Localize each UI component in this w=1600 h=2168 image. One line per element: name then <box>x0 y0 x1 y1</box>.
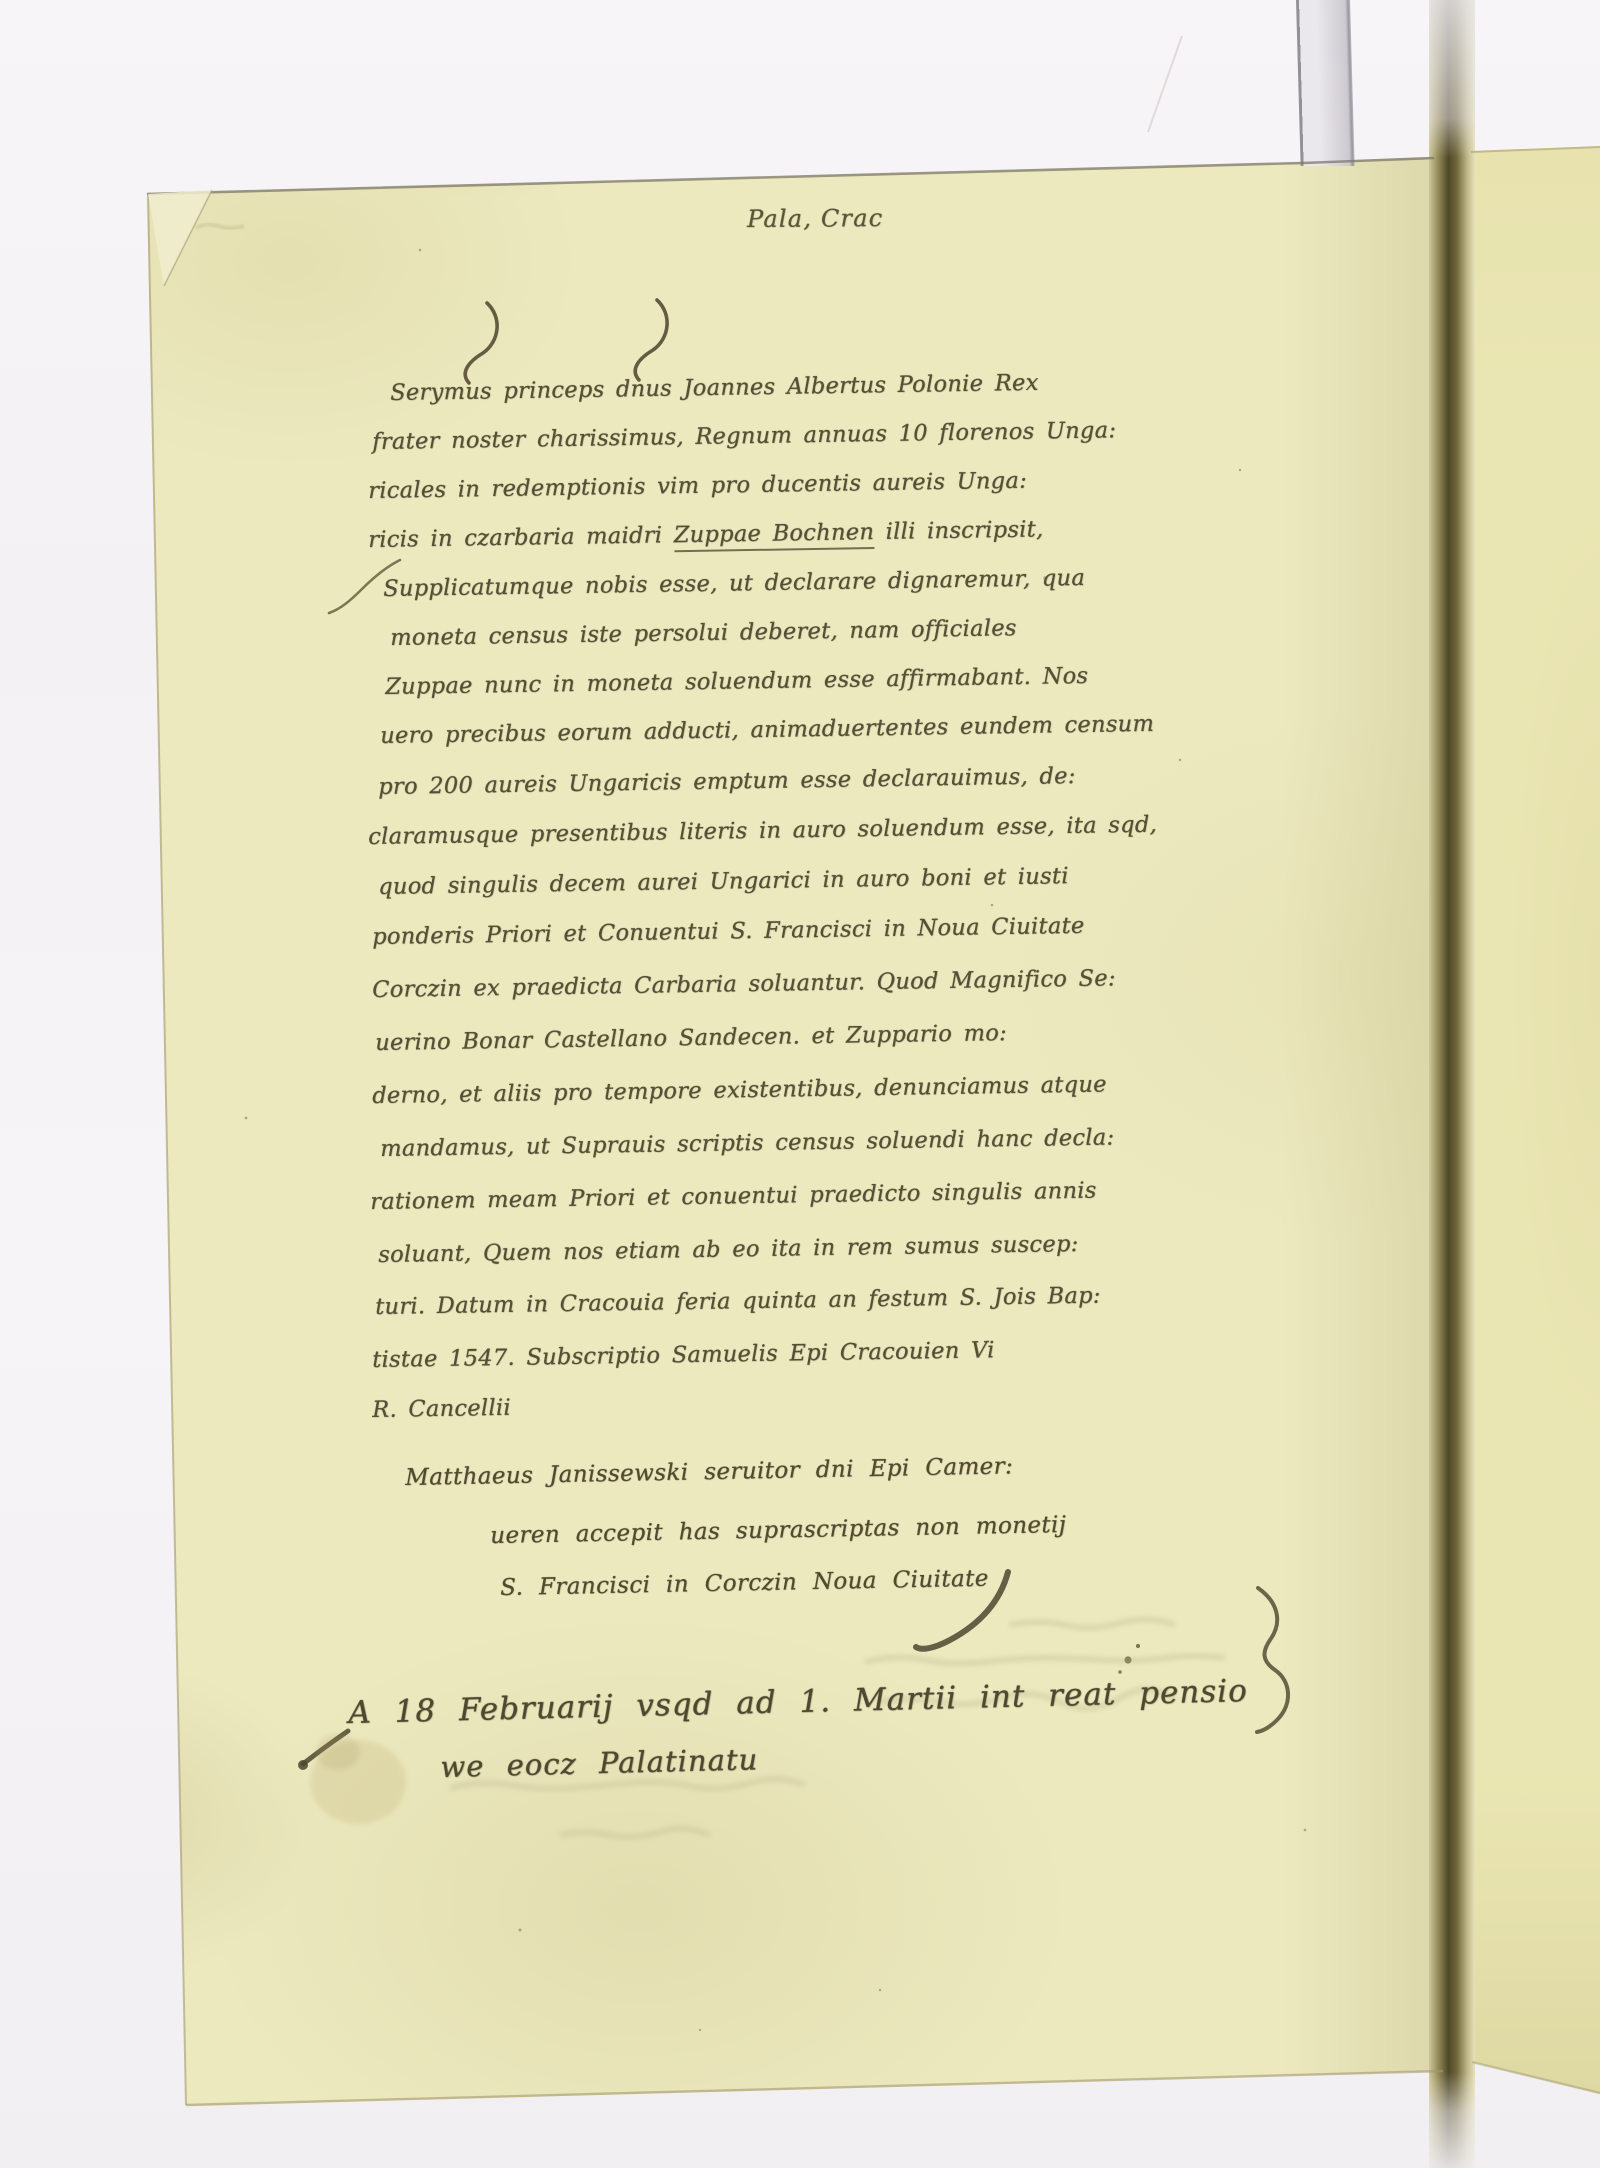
manuscript-line: ricales in redemptionis vim pro ducentis… <box>368 466 1027 506</box>
handwritten-text-layer: Pala, Crac Serymus princeps dnus Joannes… <box>0 0 1600 2168</box>
manuscript-line: uero precibus eorum adducti, animaduerte… <box>380 709 1154 751</box>
manuscript-line: moneta census iste persolui deberet, nam… <box>390 613 1017 653</box>
manuscript-line: frater noster charissimus, Regnum annuas… <box>372 415 1116 457</box>
manuscript-line: mandamus, ut Suprauis scriptis census so… <box>380 1122 1115 1164</box>
manuscript-line: ponderis Priori et Conuentui S. Francisc… <box>372 911 1085 952</box>
page-heading: Pala, Crac <box>747 204 883 233</box>
manuscript-scan: Pala, Crac Serymus princeps dnus Joannes… <box>0 0 1600 2168</box>
manuscript-line: Supplicatumque nobis esse, ut declarare … <box>383 563 1085 604</box>
manuscript-line: Zuppae nunc in moneta soluendum esse aff… <box>385 661 1089 702</box>
manuscript-line: soluant, Quem nos etiam ab eo ita in rem… <box>378 1229 1079 1270</box>
manuscript-line: Serymus princeps dnus Joannes Albertus P… <box>390 368 1039 408</box>
manuscript-line: rationem meam Priori et conuentui praedi… <box>370 1176 1097 1217</box>
manuscript-line: turi. Datum in Cracouia feria quinta an … <box>375 1281 1101 1322</box>
signature-line: ueren accepit has suprascriptas non mone… <box>490 1512 1067 1549</box>
underlined-segment: Zuppae Bochnen <box>674 519 875 552</box>
signature-line: Matthaeus Janissewski seruitor dni Epi C… <box>405 1453 1013 1491</box>
manuscript-line: R. Cancellii <box>372 1393 511 1425</box>
manuscript-line: pro 200 aureis Ungaricis emptum esse dec… <box>378 761 1076 802</box>
line-segment: ricis in czarbaria maidri <box>368 522 674 553</box>
manuscript-line: claramusque presentibus literis in auro … <box>368 810 1157 852</box>
manuscript-line: uerino Bonar Castellano Sandecen. et Zup… <box>375 1018 1007 1058</box>
marginal-note-line: we eocz Palatinatu <box>440 1742 759 1784</box>
manuscript-line: tistae 1547. Subscriptio Samuelis Epi Cr… <box>372 1335 995 1375</box>
manuscript-line: ricis in czarbaria maidri Zuppae Bochnen… <box>368 514 1044 555</box>
manuscript-line: quod singulis decem aurei Ungarici in au… <box>378 861 1069 902</box>
marginal-note-line: A 18 Februarij vsqd ad 1. Martii int rea… <box>348 1673 1248 1731</box>
signature-line: S. Francisci in Corczin Noua Ciuitate <box>500 1566 989 1601</box>
manuscript-line: derno, et aliis pro tempore existentibus… <box>372 1069 1107 1111</box>
manuscript-line: Corczin ex praedicta Carbaria soluantur.… <box>372 963 1116 1005</box>
line-segment: illi inscripsit, <box>874 516 1044 545</box>
